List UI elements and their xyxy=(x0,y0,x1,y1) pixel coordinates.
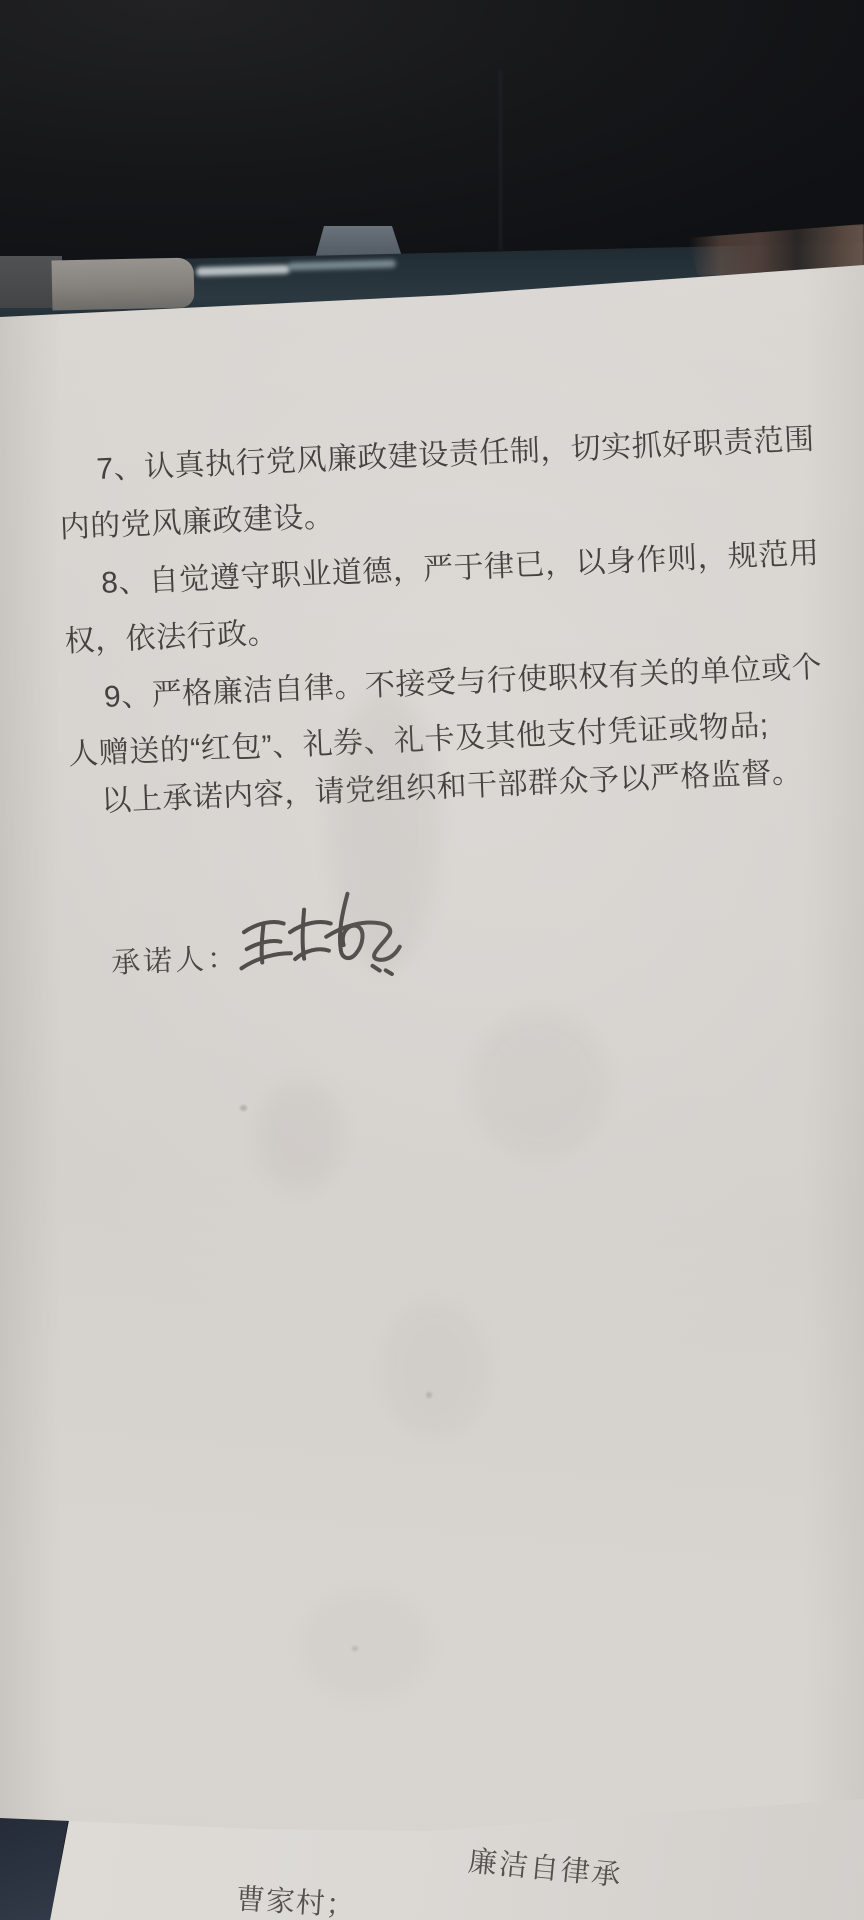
under-sheet-partial-title: 廉洁自律承 xyxy=(466,1839,624,1895)
signer-label: 承诺人： xyxy=(110,935,240,981)
paper-speck xyxy=(426,1392,432,1398)
bezel-reflection-line xyxy=(499,70,502,250)
body-line-8-clause-cont: 权，依法行政。 xyxy=(64,608,279,661)
signature-ink xyxy=(227,864,407,993)
paper-speck xyxy=(240,1105,247,1111)
paper-speck xyxy=(352,1646,358,1651)
paper-smudge xyxy=(330,690,440,970)
body-line-9-clause: 9、严格廉洁自律。不接受与行使职权有关的单位或个 xyxy=(103,642,823,716)
handwritten-signature xyxy=(227,864,407,993)
photo-scene: 廉洁自律承 曹家村； 7、认真执行党风廉政建设责任制，切实抓好职责范围 内的党风… xyxy=(0,0,864,1920)
monitor-bezel xyxy=(0,0,864,270)
body-line-9-clause-cont: 人赠送的“红包”、礼券、礼卡及其他支付凭证或物品; xyxy=(67,700,769,773)
body-line-7-clause: 7、认真执行党风廉政建设责任制，切实抓好职责范围 xyxy=(95,414,815,488)
paper-smudge xyxy=(470,1010,610,1160)
paper-smudge xyxy=(300,1590,430,1700)
under-sheet-left-text: 曹家村； xyxy=(235,1876,357,1920)
table-edge-gray-bar xyxy=(51,258,194,311)
body-line-supervision: 以上承诺内容，请党组织和干部群众予以严格监督。 xyxy=(100,747,803,820)
paper-smudge xyxy=(380,1300,490,1440)
body-line-7-clause-cont: 内的党风廉政建设。 xyxy=(59,491,335,546)
paper-smudge xyxy=(255,1080,345,1190)
body-line-8-clause: 8、自觉遵守职业道德，严于律已，以身作则，规范用 xyxy=(100,528,820,602)
